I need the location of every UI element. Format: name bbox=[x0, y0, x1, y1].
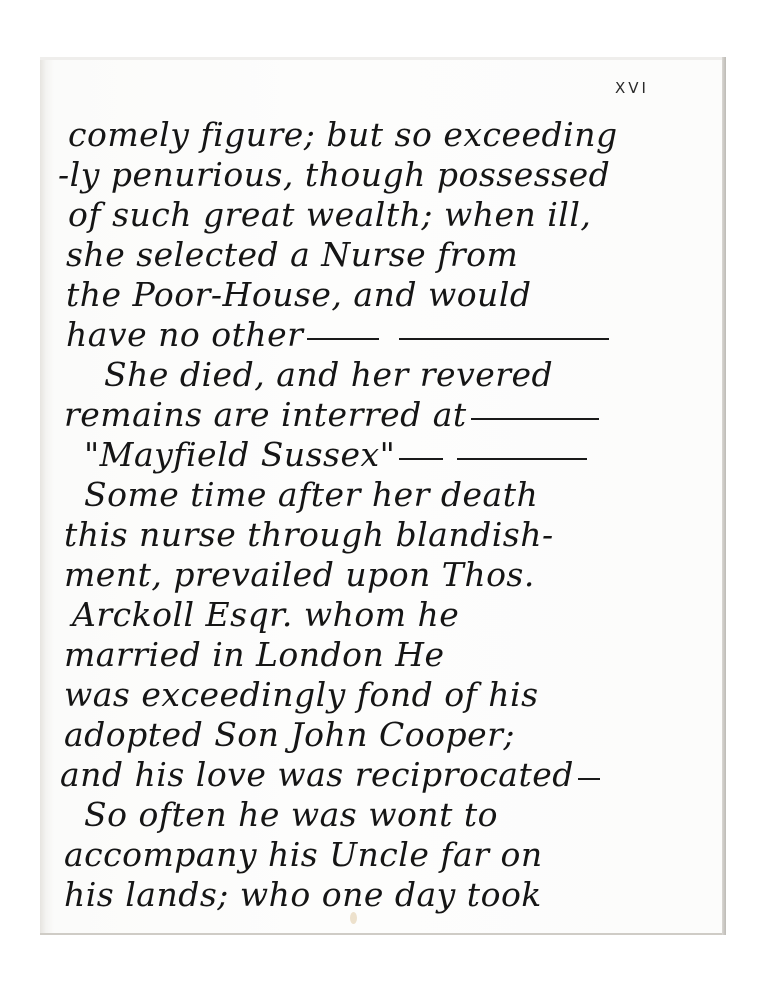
text-line: married in London He bbox=[64, 635, 445, 675]
text-line: comely figure; but so exceeding bbox=[68, 115, 618, 155]
page-number: XVI bbox=[615, 79, 649, 97]
dash-rule bbox=[471, 418, 599, 420]
text-line: ment, prevailed upon Thos. bbox=[64, 555, 535, 595]
text-line: Arckoll Esqr. whom he bbox=[72, 595, 459, 635]
text-line: She died, and her revered bbox=[104, 355, 553, 395]
text-line: and his love was reciprocated bbox=[60, 755, 600, 795]
paper-stain bbox=[350, 912, 357, 924]
text-line: have no other bbox=[66, 315, 609, 355]
text-line: "Mayfield Sussex" bbox=[84, 435, 587, 475]
dash-rule bbox=[307, 338, 379, 340]
text-line: accompany his Uncle far on bbox=[64, 835, 543, 875]
text-line: this nurse through blandish- bbox=[64, 515, 554, 555]
text-line: adopted Son John Cooper; bbox=[64, 715, 515, 755]
dash-rule bbox=[399, 338, 609, 340]
text-line: she selected a Nurse from bbox=[66, 235, 518, 275]
text-line: Some time after her death bbox=[84, 475, 538, 515]
text-line: his lands; who one day took bbox=[64, 875, 542, 915]
text-line: was exceedingly fond of his bbox=[64, 675, 539, 715]
text-line: of such great wealth; when ill, bbox=[68, 195, 591, 235]
dash-rule bbox=[399, 458, 443, 460]
manuscript-page: XVI comely figure; but so exceeding -ly … bbox=[40, 57, 726, 935]
text-line: remains are interred at bbox=[64, 395, 599, 435]
dash-rule bbox=[578, 778, 600, 780]
text-line: -ly penurious, though possessed bbox=[58, 155, 610, 195]
text-line: So often he was wont to bbox=[84, 795, 498, 835]
dash-rule bbox=[457, 458, 587, 460]
text-line: the Poor-House, and would bbox=[66, 275, 532, 315]
